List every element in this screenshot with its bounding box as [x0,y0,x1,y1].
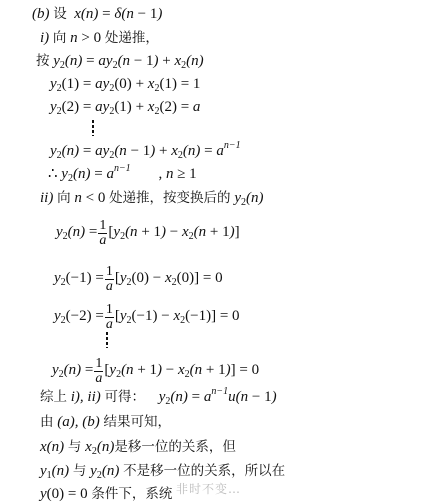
equation-recurrence: y2(n) = ay2(n − 1) + x2(n) [53,53,203,69]
condition-n-ge-1: , n ≥ 1 [158,166,196,182]
line-y2-general-negative: y2(n) =1a[y2(n + 1) − x2(n + 1)] = 0 [52,356,259,376]
fraction-one-over-a: 1a [94,357,103,386]
symbol-y1-n: y1(n) [40,463,69,479]
text-result-known: 结果可知， [103,414,171,430]
equation-y2-n-negative: y2(n) =1a[y2(n + 1) − x2(n + 1)] = 0 [52,362,259,378]
symbol-y2-n: y2(n) [90,463,119,479]
text-xiang: 向 [53,30,67,46]
condition-y0-eq-0: y(0) = 0 [40,486,88,502]
symbol-x-n: x(n) [40,439,64,455]
line-conclusion-positive: ∴ y2(n) = an−1 , n ≥ 1 [48,164,197,184]
line-recurrence-rule: 按 y2(n) = ay2(n − 1) + x2(n) [36,51,204,71]
text-and: 与 [68,439,82,455]
text-condition-system: 条件下，系统 [91,486,172,502]
text-she: 设 [53,6,67,22]
line-backward-recurrence: y2(n) =1a[y2(n + 1) − x2(n + 1)] [56,218,240,238]
equation-y2-n-positive: y2(n) = ay2(n − 1) + x2(n) = an−1 [50,143,241,159]
equation-y2-1: y2(1) = ay2(0) + x2(1) = 1 [50,76,200,92]
equation-backward: y2(n) =1a[y2(n + 1) − x2(n + 1)] [56,224,240,240]
equation-y2-minus-1: y2(−1) =1a[y2(0) − x2(0)] = 0 [54,270,223,286]
vertical-ellipsis-icon [92,120,94,136]
part-label: (b) [32,6,50,22]
case-label-ii: ii) [40,190,53,206]
fraction-one-over-a: 1a [105,265,114,294]
line-case-i-heading: i) 向 n > 0 处递推， [40,28,159,48]
line-part-b-definition: (b) 设 x(n) = δ(n − 1) [32,4,162,24]
line-summary: 综上 i), ii) 可得： y2(n) = an−1u(n − 1) [40,387,277,407]
text-not-shifted: 不是移一位的关系，所以在 [123,463,285,479]
equation-final-result: y2(n) = an−1u(n − 1) [159,389,277,405]
text-an: 按 [36,53,50,69]
line-case-ii-heading: ii) 向 n < 0 处递推，按变换后的 y2(n) [40,188,263,208]
condition-n-lt-0: n < 0 [74,190,105,206]
faded-text: 非时不变… [176,480,241,497]
therefore-symbol: ∴ [48,166,58,182]
line-y2-at-2: y2(2) = ay2(1) + x2(2) = a [50,97,200,117]
text-obtain: 可得： [105,389,146,405]
text-and-2: 与 [73,463,87,479]
part-refs: (a), (b) [57,414,99,430]
text-is-shifted: 是移一位的关系，但 [114,439,236,455]
condition-n-gt-0: n > 0 [70,30,101,46]
vertical-ellipsis-icon [106,332,108,348]
text-you: 由 [40,414,54,430]
equation-y2-2: y2(2) = ay2(1) + x2(2) = a [50,99,200,115]
line-comparison-intro: 由 (a), (b) 结果可知， [40,412,171,432]
line-input-shift: x(n) 与 x2(n)是移一位的关系，但 [40,437,236,457]
equation-x-delta: x(n) = δ(n − 1) [74,6,162,22]
equation-y2-result: y2(n) = an−1 [61,166,130,182]
equation-y2-n-ref: y2(n) [234,190,263,206]
symbol-x2-n: x2(n) [85,439,114,455]
line-y2-general-positive: y2(n) = ay2(n − 1) + x2(n) = an−1 [50,141,241,161]
case-label-i: i) [40,30,49,46]
equation-y2-minus-2: y2(−2) =1a[y2(−1) − x2(−1)] = 0 [54,308,240,324]
fraction-one-over-a: 1a [98,219,107,248]
line-y2-at-1: y2(1) = ay2(0) + x2(1) = 1 [50,74,200,94]
text-recurse: 处递推， [105,30,159,46]
fraction-one-over-a: 1a [105,303,114,332]
line-y2-at-minus-2: y2(−2) =1a[y2(−1) − x2(−1)] = 0 [54,302,240,322]
line-final-conclusion: y(0) = 0 条件下，系统 [40,484,172,502]
text-xiang-2: 向 [57,190,71,206]
case-refs: i), ii) [71,389,101,405]
line-y2-at-minus-1: y2(−1) =1a[y2(0) − x2(0)] = 0 [54,264,223,284]
text-recurse-transformed: 处递推，按变换后的 [109,190,231,206]
text-summary-prefix: 综上 [40,389,67,405]
